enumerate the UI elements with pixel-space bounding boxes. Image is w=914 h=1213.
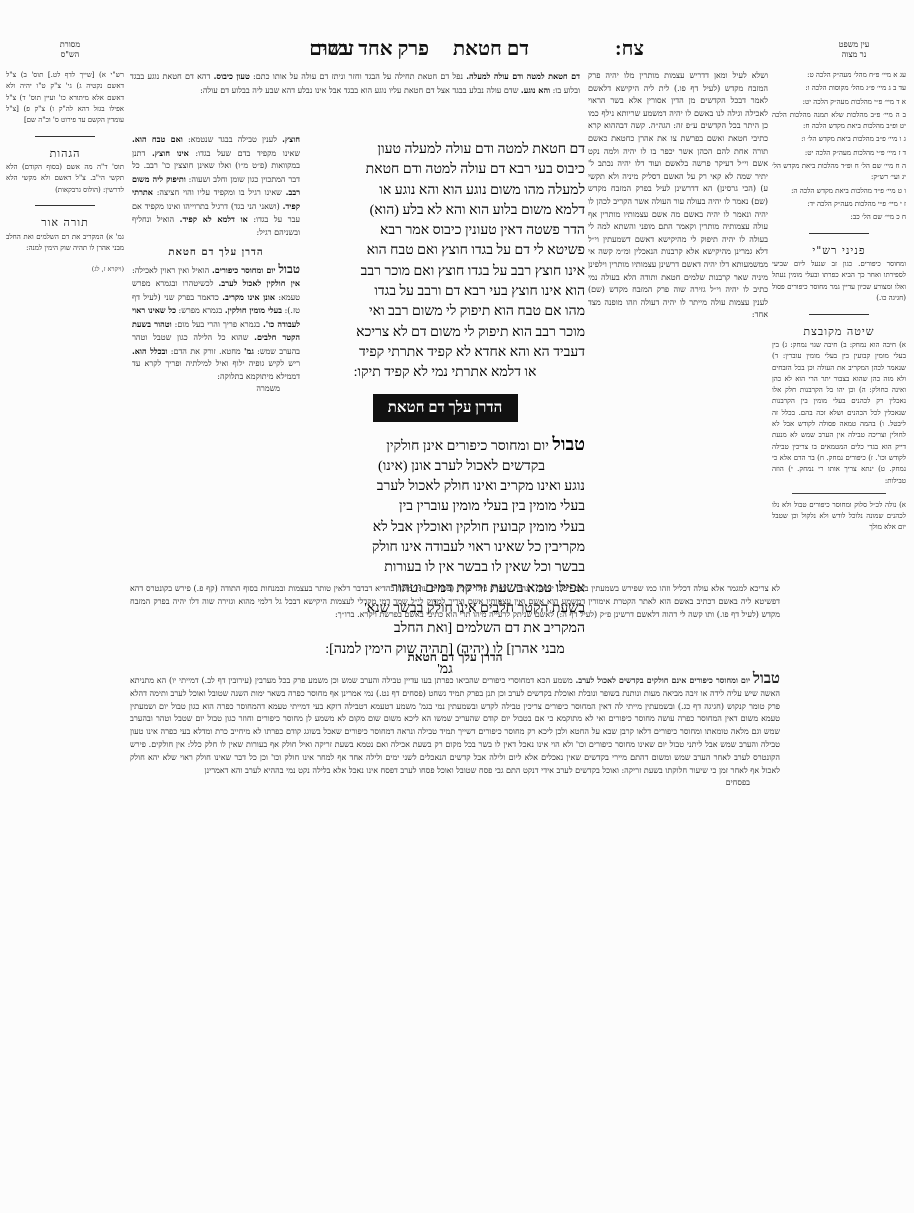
rashi-text: שאינו מקפיד בדם שעל בגדו:	[195, 149, 300, 158]
gemara-line: דלמא משום בלוע הוא והא לא בלע (הוא)	[305, 201, 585, 221]
ein-mishpat-entry: עד ב ג מיי׳ פ״ג מהל׳ מקוסות הלכה ו:	[772, 83, 906, 94]
ein-mishpat-entry: ה ח מיי׳ שם הל׳ ח ופ״ד מהלכות ביאת מקדש …	[772, 161, 906, 184]
shita-mekubetzet-title: שיטה מקובצת	[772, 326, 906, 337]
masechet-title: זבחים	[309, 38, 354, 61]
ein-mishpat-entry: עג א מיי׳ פ״ח מהל׳ מעה״ק הלכה ט:	[772, 70, 906, 81]
chapter-name: דם חטאת	[453, 38, 529, 61]
mishna-line: המקריב את דם השלמים [ואת החלב	[305, 619, 585, 639]
rashi-dibur: והא נוגע.	[521, 85, 550, 95]
torah-or-title: תורה אור	[6, 217, 124, 228]
left-margin: רש"י א) [שייך לדף לט.] תוס' ב) צ"ל דאשם …	[6, 70, 124, 275]
ornament-divider-icon	[772, 308, 906, 319]
rashi-dibur: בעלי מומין חולקין.	[225, 305, 282, 315]
masoret-heading: מסורת הש"ס	[45, 40, 95, 60]
rashi-text: שאינו רגיל בו ומקפיד עליו והוי חציצה:	[157, 188, 286, 197]
rashi-mishna-dibur: טבול	[278, 262, 300, 276]
rashi-dibur: טעון כיבוס.	[214, 71, 250, 81]
rashi-hadran: הדרן עלך דם חטאת	[132, 247, 300, 260]
hagahot-title: הגהות	[6, 148, 124, 159]
rashi-text: ריש לקיש גופיה ילוף ואיל למילתיה ופריך ל…	[132, 359, 300, 381]
mishna-line: בקדשים לאכול לערב אונן (אינו)	[305, 457, 585, 477]
rashi-text: לענין טבילה בבגד שנטמא:	[188, 135, 282, 144]
gemara-line-end: או דלמא אתרתי נמי לא קפיד תיקו:	[305, 363, 585, 383]
mishna-block: טבול יום ומחוסר כיפורים אינן חולקין בקדש…	[305, 434, 585, 681]
ornament-divider-icon	[6, 130, 124, 141]
tosafot-bottom-continuation: לא צריכא למגמר אלא עולה דכליל וזהו כמו ש…	[130, 583, 780, 621]
gemara-line: למעלה מהו משום נוגע הוא והא נוגע או	[305, 181, 585, 201]
mishna-opening-word: טבול	[552, 434, 585, 454]
mishna-line: בעלי מומין בין בעלי מומין עוברין בין	[305, 497, 585, 517]
gemara-line: הוא אינו חוצץ בעי רבא דם ורבב על בגדו	[305, 282, 585, 302]
gemara-line: דם חטאת למטה ודם עולה למעלה טעון	[305, 140, 585, 160]
rashi-continuation-word: משמרה	[132, 383, 300, 396]
divider	[792, 493, 886, 494]
tosafot-mishna-commentary: טבול יום ומחוסר כיפורים אינם חולקים בקדש…	[130, 672, 780, 790]
ein-mishpat-entry: ח כ מיי׳ שם הל׳ כב:	[772, 212, 906, 223]
ein-mishpat-list: עג א מיי׳ פ״ח מהל׳ מעה״ק הלכה ט: עד ב ג …	[772, 70, 906, 224]
ornament-divider-icon	[772, 228, 906, 239]
rashi-text: שדם עולה נבלע בבגד אצל דם חטאת עליו נוגע…	[200, 86, 521, 95]
rashi-top-block: דם חטאת למטה ודם עולה למעלה. נפל דם חטאת…	[130, 70, 580, 97]
rashi-dibur: או דלמא לא קפיד.	[180, 214, 248, 224]
rashi-gemara-part: חוצץ. לענין טבילה בבגד שנטמא: ואם טבח הו…	[132, 133, 300, 239]
gemara-line: דעביד הא והא אחדא לא קפיד אתרתי קפיד	[305, 343, 585, 363]
ein-mishpat-entry: א ד מיי׳ פ״י מהלכות מעה״ק הלכה יט:	[772, 97, 906, 108]
hagahot-text: תוס' ד"ה מה אשם (בסוף הקודם) הלא תקשי הי…	[6, 162, 124, 196]
rashi-dibur: אונן אינו מקריב.	[222, 292, 275, 302]
torah-or-text: גמ' א) המקריב את דם השלמים ואת החלב מבני…	[6, 232, 124, 255]
pnei-rashi-title: פניני רש"י	[772, 245, 906, 256]
rashi-dibur: דם חטאת למטה ודם עולה למעלה.	[466, 71, 580, 81]
ner-mitzvah-label: נר מצוה	[824, 50, 884, 60]
right-margin: עג א מיי׳ פ״ח מהל׳ מעה״ק הלכה ט: עד ב ג …	[772, 70, 906, 536]
rashi-dibur: יום ומחוסר כיפורים.	[212, 265, 276, 275]
tosafot-column: ושלא לעיל ומאן דדריש עצמות מותרין מלו יה…	[588, 70, 768, 322]
rashi-dibur: ובכלל הוא.	[132, 346, 167, 356]
shita-mekubetzet-text: א) חיבה הוא נמחק: ב) חיבה שגוי נמחק: ג) …	[772, 340, 906, 487]
tosafot-hadran: הדרן עלך דם חטאת	[130, 650, 780, 665]
gemara-line: כיבוס בעי רבא דם עולה למטה ודם חטאת	[305, 160, 585, 180]
ein-mishpat-entry: ו ט מיי׳ פ״ד מהלכות ביאת מקדש הלכה ה:	[772, 186, 906, 197]
rashi-column: חוצץ. לענין טבילה בבגד שנטמא: ואם טבח הו…	[132, 133, 300, 396]
masoret-label: מסורת	[45, 40, 95, 50]
commentary-text: משמע הכא דמחוסרי כיפורים שהביאו כפרתן בע…	[130, 676, 780, 775]
hadran-banner: הדרן עלך דם חטאת	[373, 394, 518, 422]
mishna-line: יום ומחוסר כיפורים אינן חולקין	[386, 439, 549, 454]
ein-mishpat-entry: ב ה מיי׳ פ״ב מהלכות שלא תמנה מהלכות הלכה…	[772, 110, 906, 133]
ein-mishpat-entry: ז י מיי׳ פ״י מהלכות מעה״ק הלכה יד:	[772, 199, 906, 210]
ornament-divider-icon	[6, 200, 124, 211]
page-header: עין משפט נר מצוה צח: דם חטאת פרק אחד עשר…	[0, 38, 914, 68]
torah-or-reference: (ויקרא ז, לג)	[6, 264, 124, 275]
ein-mishpat-entry: ג ו מיי׳ פ״ב מהלכות ביאת מקדש הל׳ ו:	[772, 134, 906, 145]
rashi-mishna-part: טבול יום ומחוסר כיפורים. הואיל ואין ראוי…	[132, 263, 300, 384]
gemara-line: אינו חוצץ רבב על בגדו חוצץ ואם מוכר רבב	[305, 262, 585, 282]
ein-mishpat-entry: ד ז מיי׳ פ״י מהלכות מעה״ק הלכה יט:	[772, 148, 906, 159]
gemara-line: מוכר רבב הוא תיפוק לי משום דם לא צריכא	[305, 323, 585, 343]
rashi-dibur: גמ'	[244, 346, 254, 356]
rashi-text: הואיל ואין ראוין לאכילה:	[132, 266, 212, 275]
mishna-line: בבשר וכל שאין לו בבשר אין לו בעורות	[305, 558, 585, 578]
gemara-line: פשיטא לי דם על בגדו חוצץ ואם טבח הוא	[305, 241, 585, 261]
commentary-continuation-word: בפסחים	[130, 777, 780, 790]
ein-mishpat-heading: עין משפט נר מצוה	[824, 40, 884, 60]
margin-footnote: א) נולה לכ״ל סלוק ומחוסר כיפורים טבול ול…	[772, 500, 906, 534]
rashi-dibur: ואם טבח הוא.	[132, 134, 183, 144]
ein-mishpat-label: עין משפט	[824, 40, 884, 50]
hashas-label: הש"ס	[45, 50, 95, 60]
rashi-text: מחטא. זורק את הדם:	[171, 347, 244, 356]
rashi-dibur: חוצץ.	[282, 134, 300, 144]
gemara-line: מהו אם טבח הוא תיפוק לי משום רבב ואי	[305, 302, 585, 322]
gemara-line: הדר פשטה דאין טעונין כיבוס אמר רבא	[305, 221, 585, 241]
mishna-line: בעלי מומין קבועין חולקין ואוכלין אבל לא	[305, 518, 585, 538]
daf-number: צח:	[615, 38, 644, 61]
rashi-dibur: אין חולקין לאכול לערב.	[219, 278, 301, 288]
rashi-text: בגמרא מפרש:	[179, 306, 225, 315]
rashi-dibur: אינו חוצץ.	[152, 148, 189, 158]
rashi-text: בגמרא פריך והרי בעל מום:	[175, 320, 263, 329]
commentary-lead-word: טבול	[753, 669, 780, 687]
pnei-rashi-text: ומחוסר כיפורים. כגון זב שנעל ליום שביעי …	[772, 259, 906, 304]
masoret-hashas-text: רש"י א) [שייך לדף לט.] תוס' ב) צ"ל דאשם …	[6, 70, 124, 126]
commentary-dibur: יום ומחוסר כיפורים אינם חולקים בקדשים לא…	[575, 675, 750, 685]
mishna-line: נוגע ואינו מקריב ואינו חולק לאכול לערב	[305, 477, 585, 497]
rashi-text: נפל דם חטאת תחילה על הבגד וחזר וניתז דם …	[253, 72, 466, 81]
mishna-line: מקריבין כל שאינו ראוי לעבודה אינו חולק	[305, 538, 585, 558]
